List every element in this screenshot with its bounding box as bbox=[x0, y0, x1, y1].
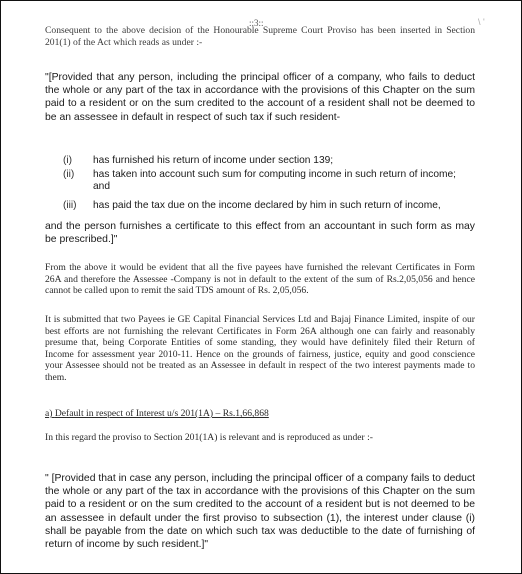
proviso-quote-closing: and the person furnishes a certificate t… bbox=[45, 220, 475, 246]
list-item-number: (ii) bbox=[63, 169, 93, 194]
regard-paragraph: In this regard the proviso to Section 20… bbox=[45, 432, 475, 444]
list-item-text: has paid the tax due on the income decla… bbox=[93, 200, 473, 213]
list-item: (iii) has paid the tax due on the income… bbox=[63, 200, 473, 213]
list-item-text: has furnished his return of income under… bbox=[93, 155, 473, 168]
section-heading-text: Default in respect of Interest u/s 201(1… bbox=[55, 408, 269, 419]
list-item-number: (iii) bbox=[63, 200, 93, 213]
submitted-paragraph: It is submitted that two Payees ie GE Ca… bbox=[45, 314, 475, 384]
list-item: (ii) has taken into account such sum for… bbox=[63, 169, 473, 194]
intro-paragraph: Consequent to the above decision of the … bbox=[45, 25, 475, 48]
corner-mark: \ ' bbox=[478, 17, 485, 27]
list-item-text: has taken into account such sum for comp… bbox=[93, 169, 473, 194]
section-heading-prefix: a) bbox=[45, 408, 52, 419]
proviso-quote-2: " [Provided that in case any person, inc… bbox=[45, 472, 475, 551]
proviso-quote-opening: "[Provided that any person, including th… bbox=[45, 71, 475, 124]
section-heading: a) Default in respect of Interest u/s 20… bbox=[45, 408, 269, 420]
evident-paragraph: From the above it would be evident that … bbox=[45, 262, 475, 297]
document-page: ::3:: \ ' Consequent to the above decisi… bbox=[0, 0, 522, 574]
list-item: (i) has furnished his return of income u… bbox=[63, 155, 473, 168]
list-item-number: (i) bbox=[63, 155, 93, 168]
proviso-conditions-list: (i) has furnished his return of income u… bbox=[63, 155, 473, 212]
